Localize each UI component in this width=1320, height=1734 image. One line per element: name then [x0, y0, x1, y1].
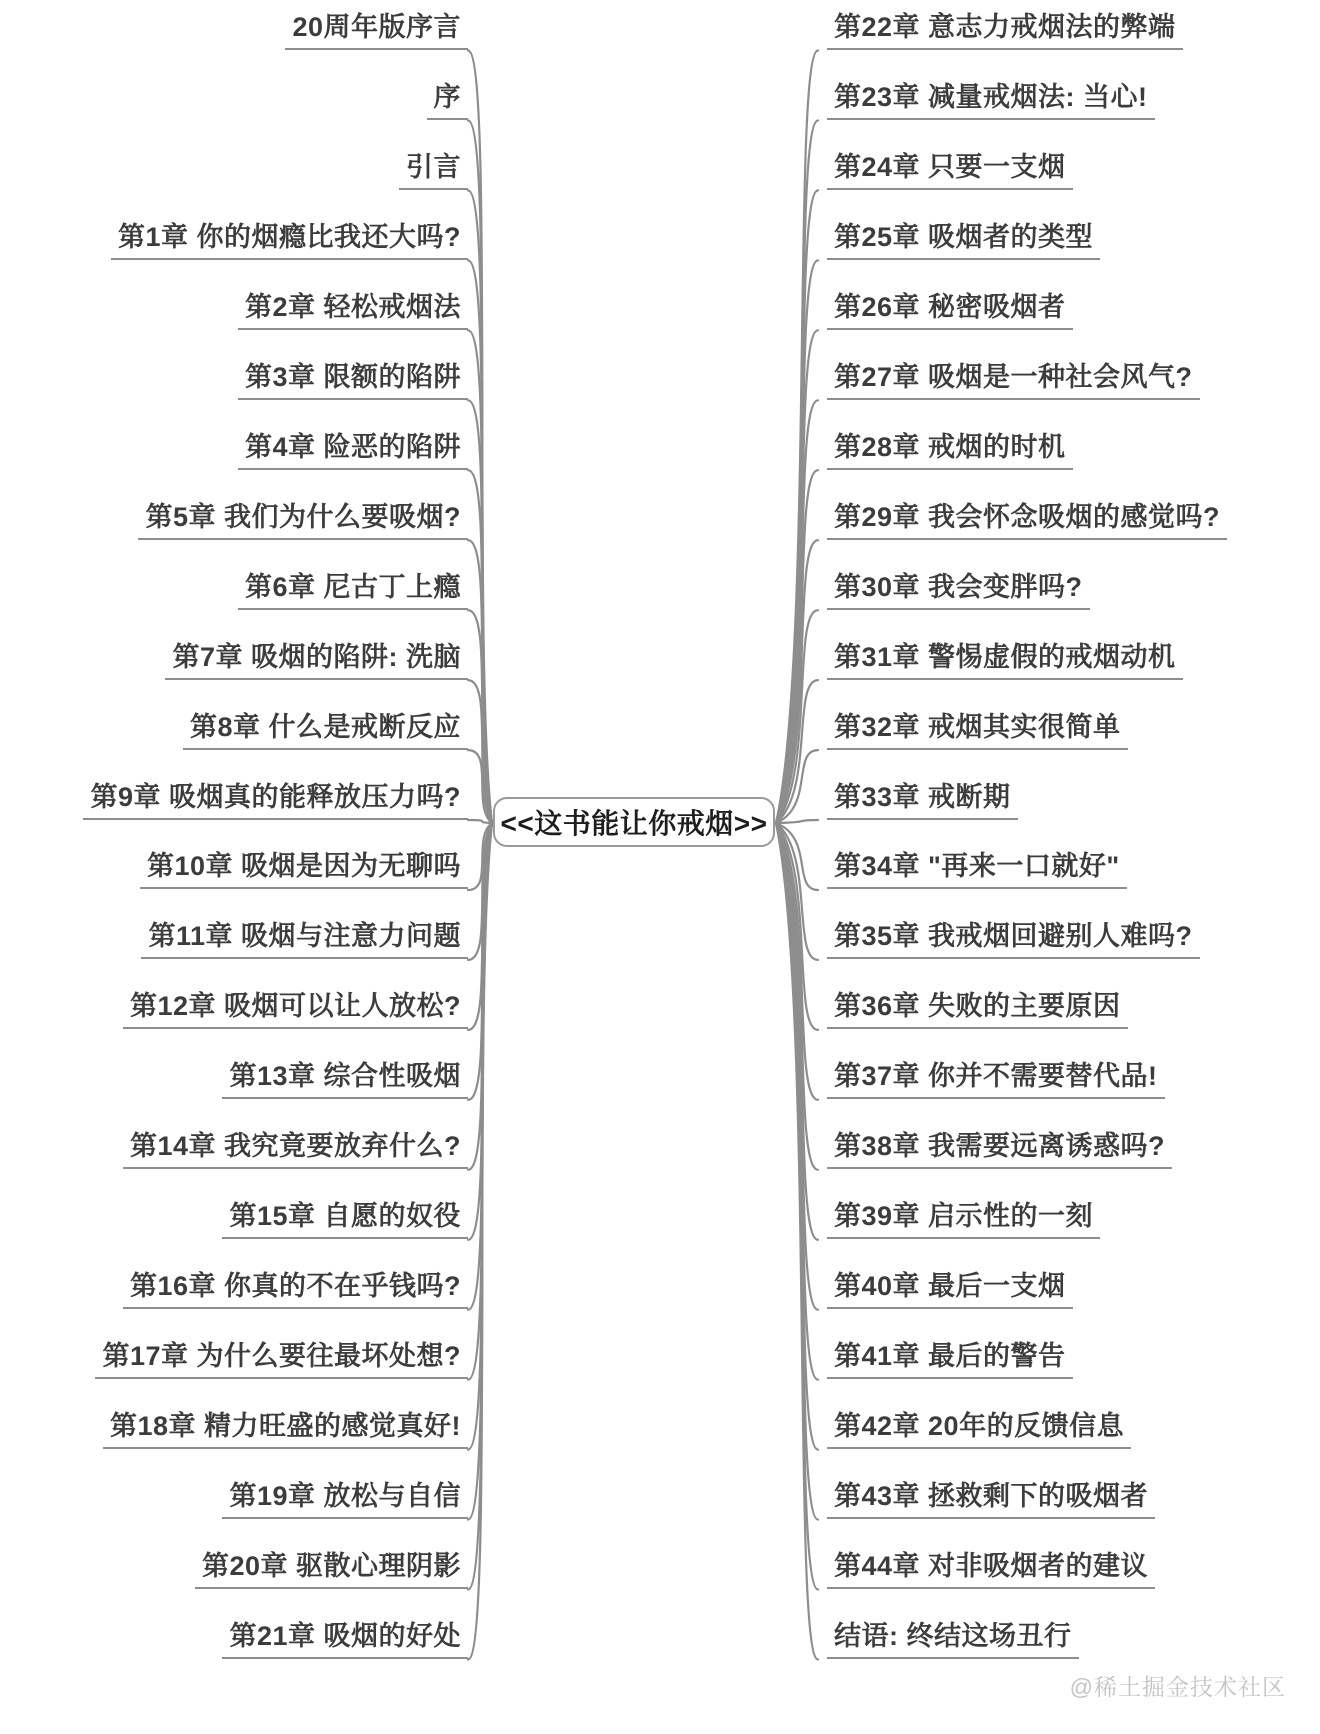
- branch-label: 第22章 意志力戒烟法的弊端: [827, 12, 1183, 50]
- central-topic-label: <<这书能让你戒烟>>: [501, 802, 768, 842]
- mindmap-branch-right-5[interactable]: 第26章 秘密吸烟者: [827, 292, 1073, 330]
- central-topic-node[interactable]: <<这书能让你戒烟>>: [493, 797, 775, 847]
- mindmap-branch-right-11[interactable]: 第32章 戒烟其实很简单: [827, 712, 1128, 750]
- branch-label: 第37章 你并不需要替代品!: [827, 1061, 1165, 1099]
- mindmap-branch-right-7[interactable]: 第28章 戒烟的时机: [827, 432, 1073, 470]
- mindmap-branch-right-14[interactable]: 第35章 我戒烟回避别人难吗?: [827, 921, 1200, 959]
- mindmap-branch-right-24[interactable]: 结语: 终结这场丑行: [827, 1621, 1079, 1659]
- watermark-text: @稀土掘金技术社区: [1070, 1669, 1286, 1702]
- mindmap-branch-right-17[interactable]: 第38章 我需要远离诱惑吗?: [827, 1131, 1172, 1169]
- mindmap-branch-right-20[interactable]: 第41章 最后的警告: [827, 1341, 1073, 1379]
- branch-label: 第10章 吸烟是因为无聊吗: [140, 851, 468, 889]
- mindmap-branch-right-4[interactable]: 第25章 吸烟者的类型: [827, 222, 1100, 260]
- branch-label: 序: [427, 82, 469, 120]
- branch-label: 第43章 拯救剩下的吸烟者: [827, 1481, 1155, 1519]
- branch-label: 第25章 吸烟者的类型: [827, 222, 1100, 260]
- mindmap-branch-right-9[interactable]: 第30章 我会变胖吗?: [827, 572, 1090, 610]
- mindmap-canvas: 20周年版序言序引言第1章 你的烟瘾比我还大吗?第2章 轻松戒烟法第3章 限额的…: [0, 0, 1320, 1734]
- mindmap-branch-right-16[interactable]: 第37章 你并不需要替代品!: [827, 1061, 1165, 1099]
- branch-label: 第42章 20年的反馈信息: [827, 1411, 1131, 1449]
- branch-label: 第13章 综合性吸烟: [222, 1061, 468, 1099]
- mindmap-branch-right-19[interactable]: 第40章 最后一支烟: [827, 1271, 1073, 1309]
- mindmap-branch-left-18[interactable]: 第15章 自愿的奴役: [222, 1201, 468, 1239]
- branch-connector: [468, 823, 492, 1380]
- mindmap-branch-right-1[interactable]: 第22章 意志力戒烟法的弊端: [827, 12, 1183, 50]
- mindmap-branch-left-2[interactable]: 序: [427, 82, 469, 120]
- branch-label: 第14章 我究竟要放弃什么?: [123, 1131, 468, 1169]
- mindmap-branch-left-20[interactable]: 第17章 为什么要往最坏处想?: [95, 1341, 468, 1379]
- mindmap-branch-left-17[interactable]: 第14章 我究竟要放弃什么?: [123, 1131, 468, 1169]
- branch-label: 引言: [399, 152, 468, 190]
- branch-label: 第8章 什么是戒断反应: [183, 712, 468, 750]
- branch-label: 第40章 最后一支烟: [827, 1271, 1073, 1309]
- branch-label: 第11章 吸烟与注意力问题: [141, 921, 468, 959]
- branch-label: 第2章 轻松戒烟法: [238, 292, 468, 330]
- mindmap-branch-right-15[interactable]: 第36章 失败的主要原因: [827, 991, 1128, 1029]
- branch-label: 第17章 为什么要往最坏处想?: [95, 1341, 468, 1379]
- branch-label: 第20章 驱散心理阴影: [195, 1551, 468, 1589]
- branch-label: 结语: 终结这场丑行: [827, 1621, 1079, 1659]
- branch-label: 第4章 险恶的陷阱: [238, 432, 468, 470]
- mindmap-branch-left-23[interactable]: 第20章 驱散心理阴影: [195, 1551, 468, 1589]
- mindmap-branch-right-8[interactable]: 第29章 我会怀念吸烟的感觉吗?: [827, 502, 1227, 540]
- branch-label: 第3章 限额的陷阱: [238, 362, 468, 400]
- mindmap-branch-right-18[interactable]: 第39章 启示性的一刻: [827, 1201, 1100, 1239]
- branch-label: 第38章 我需要远离诱惑吗?: [827, 1131, 1172, 1169]
- mindmap-branch-left-6[interactable]: 第3章 限额的陷阱: [238, 362, 468, 400]
- mindmap-branch-right-21[interactable]: 第42章 20年的反馈信息: [827, 1411, 1131, 1449]
- branch-label: 第16章 你真的不在乎钱吗?: [123, 1271, 468, 1309]
- branch-label: 20周年版序言: [285, 12, 468, 50]
- branch-label: 第36章 失败的主要原因: [827, 991, 1128, 1029]
- branch-label: 第39章 启示性的一刻: [827, 1201, 1100, 1239]
- mindmap-branch-left-7[interactable]: 第4章 险恶的陷阱: [238, 432, 468, 470]
- mindmap-branch-left-9[interactable]: 第6章 尼古丁上瘾: [238, 572, 468, 610]
- branch-label: 第19章 放松与自信: [222, 1481, 468, 1519]
- mindmap-branch-left-22[interactable]: 第19章 放松与自信: [222, 1481, 468, 1519]
- mindmap-branch-left-8[interactable]: 第5章 我们为什么要吸烟?: [138, 502, 468, 540]
- mindmap-branch-right-13[interactable]: 第34章 "再来一口就好": [827, 851, 1127, 889]
- mindmap-branch-right-6[interactable]: 第27章 吸烟是一种社会风气?: [827, 362, 1200, 400]
- branch-label: 第29章 我会怀念吸烟的感觉吗?: [827, 502, 1227, 540]
- mindmap-branch-left-3[interactable]: 引言: [399, 152, 468, 190]
- mindmap-branch-right-22[interactable]: 第43章 拯救剩下的吸烟者: [827, 1481, 1155, 1519]
- branch-label: 第6章 尼古丁上瘾: [238, 572, 468, 610]
- branch-label: 第34章 "再来一口就好": [827, 851, 1127, 889]
- branch-label: 第24章 只要一支烟: [827, 152, 1073, 190]
- mindmap-branch-left-12[interactable]: 第9章 吸烟真的能释放压力吗?: [83, 782, 468, 820]
- branch-label: 第9章 吸烟真的能释放压力吗?: [83, 782, 468, 820]
- branch-label: 第32章 戒烟其实很简单: [827, 712, 1128, 750]
- mindmap-branch-left-5[interactable]: 第2章 轻松戒烟法: [238, 292, 468, 330]
- branch-label: 第1章 你的烟瘾比我还大吗?: [111, 222, 468, 260]
- mindmap-branch-left-13[interactable]: 第10章 吸烟是因为无聊吗: [140, 851, 468, 889]
- branch-label: 第31章 警惕虚假的戒烟动机: [827, 642, 1183, 680]
- branch-label: 第15章 自愿的奴役: [222, 1201, 468, 1239]
- branch-label: 第21章 吸烟的好处: [222, 1621, 468, 1659]
- mindmap-branch-left-15[interactable]: 第12章 吸烟可以让人放松?: [123, 991, 468, 1029]
- branch-label: 第18章 精力旺盛的感觉真好!: [103, 1411, 468, 1449]
- branch-label: 第12章 吸烟可以让人放松?: [123, 991, 468, 1029]
- mindmap-branch-right-2[interactable]: 第23章 减量戒烟法: 当心!: [827, 82, 1155, 120]
- branch-label: 第23章 减量戒烟法: 当心!: [827, 82, 1155, 120]
- mindmap-branch-left-11[interactable]: 第8章 什么是戒断反应: [183, 712, 468, 750]
- mindmap-branch-left-14[interactable]: 第11章 吸烟与注意力问题: [141, 921, 468, 959]
- branch-label: 第44章 对非吸烟者的建议: [827, 1551, 1155, 1589]
- branch-label: 第27章 吸烟是一种社会风气?: [827, 362, 1200, 400]
- mindmap-branch-left-10[interactable]: 第7章 吸烟的陷阱: 洗脑: [165, 642, 468, 680]
- branch-label: 第26章 秘密吸烟者: [827, 292, 1073, 330]
- mindmap-branch-right-3[interactable]: 第24章 只要一支烟: [827, 152, 1073, 190]
- branch-label: 第30章 我会变胖吗?: [827, 572, 1090, 610]
- mindmap-branch-left-1[interactable]: 20周年版序言: [285, 12, 468, 50]
- mindmap-branch-right-12[interactable]: 第33章 戒断期: [827, 782, 1018, 820]
- branch-label: 第7章 吸烟的陷阱: 洗脑: [165, 642, 468, 680]
- mindmap-branch-right-10[interactable]: 第31章 警惕虚假的戒烟动机: [827, 642, 1183, 680]
- mindmap-branch-left-24[interactable]: 第21章 吸烟的好处: [222, 1621, 468, 1659]
- branch-label: 第41章 最后的警告: [827, 1341, 1073, 1379]
- mindmap-branch-right-23[interactable]: 第44章 对非吸烟者的建议: [827, 1551, 1155, 1589]
- mindmap-branch-left-21[interactable]: 第18章 精力旺盛的感觉真好!: [103, 1411, 468, 1449]
- branch-label: 第33章 戒断期: [827, 782, 1018, 820]
- branch-label: 第5章 我们为什么要吸烟?: [138, 502, 468, 540]
- branch-label: 第35章 我戒烟回避别人难吗?: [827, 921, 1200, 959]
- mindmap-branch-left-16[interactable]: 第13章 综合性吸烟: [222, 1061, 468, 1099]
- branch-label: 第28章 戒烟的时机: [827, 432, 1073, 470]
- mindmap-branch-left-4[interactable]: 第1章 你的烟瘾比我还大吗?: [111, 222, 468, 260]
- mindmap-branch-left-19[interactable]: 第16章 你真的不在乎钱吗?: [123, 1271, 468, 1309]
